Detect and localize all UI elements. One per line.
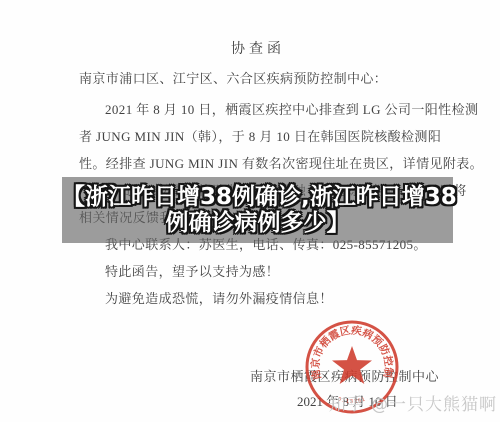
watermark-credit: 知乎 @一只大熊猫啊 [329, 390, 497, 415]
document-line: 者 JUNG MIN JIN（韩），于 8 月 10 日在韩国医院核酸检测阳 [79, 126, 441, 145]
addressee-line: 南京市浦口区、江宁区、六合区疾病预防控制中心： [79, 68, 387, 87]
seal-star-icon [332, 346, 372, 384]
closing-line: 特此函告，望予以支持为感！ [105, 261, 279, 280]
confidentiality-line: 为避免造成恐慌，请勿外漏疫情信息！ [105, 288, 333, 307]
headline-overlay-band: 【浙江昨日增38例确诊,浙江昨日增38 例确诊病例多少】 [62, 177, 453, 243]
headline-text: 【浙江昨日增38例确诊,浙江昨日增38 例确诊病例多少】 [62, 184, 453, 236]
screenshot-root: 协查函 南京市浦口区、江宁区、六合区疾病预防控制中心： 2021 年 8 月 1… [0, 0, 500, 422]
document-line: 性。经排查 JUNG MIN JIN 有数名次密现住址在贵区，详情见附表。 [79, 153, 483, 172]
headline-line-1: 【浙江昨日增38例确诊,浙江昨日增38 [62, 184, 453, 210]
headline-line-2: 例确诊病例多少】 [62, 210, 453, 236]
document-line: 2021 年 8 月 10 日，栖霞区疾控中心排查到 LG 公司一阳性检测 [105, 99, 478, 118]
document-title: 协查函 [79, 38, 437, 58]
